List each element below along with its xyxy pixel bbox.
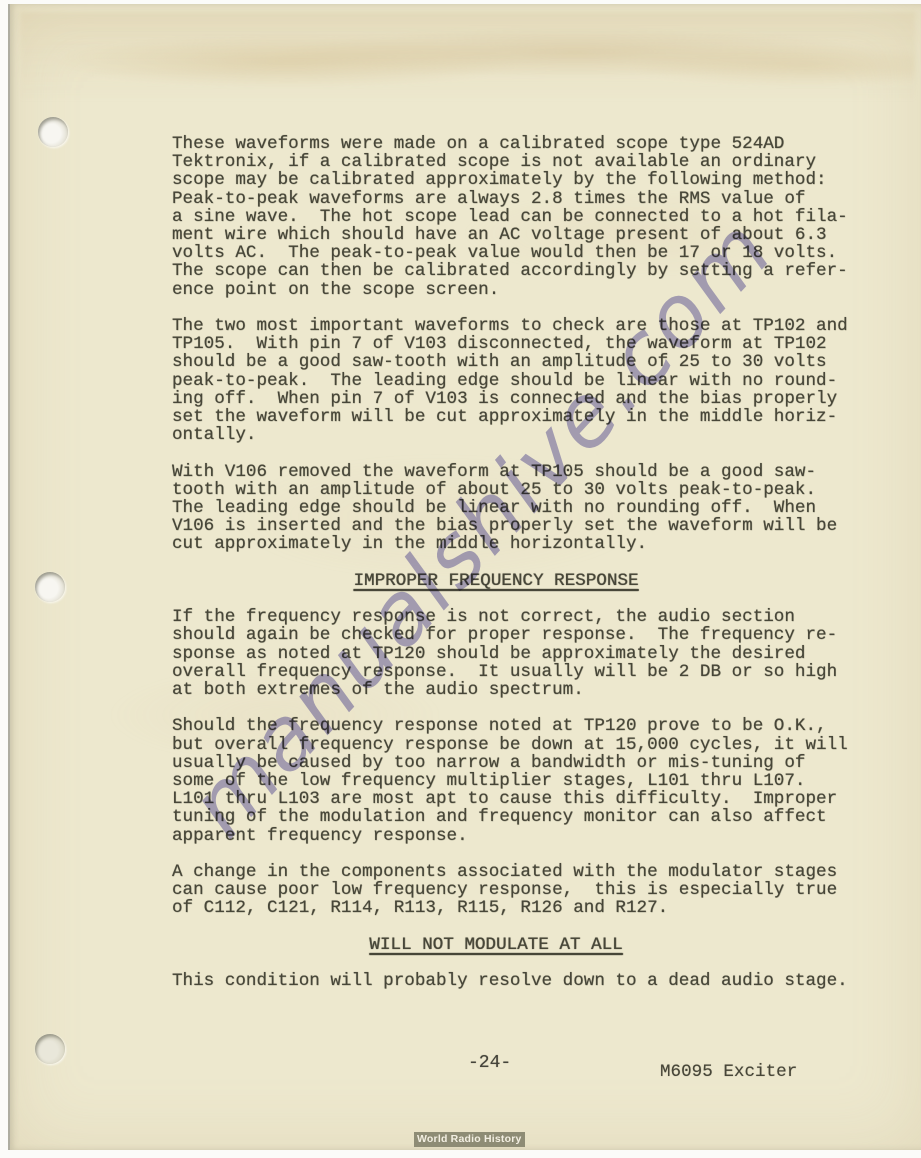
document-reference: M6095 Exciter <box>660 1062 797 1082</box>
paragraph-dead-audio-stage: This condition will probably resolve dow… <box>172 972 878 990</box>
paragraph-modulator-components: A change in the components associated wi… <box>172 863 878 918</box>
section-heading-will-not-modulate: WILL NOT MODULATE AT ALL <box>172 936 820 954</box>
world-radio-history-badge: World Radio History <box>414 1132 525 1147</box>
scanned-manual-page: These waveforms were made on a calibrate… <box>8 4 921 1150</box>
paper-stain-top <box>20 12 915 102</box>
paragraph-scope-calibration: These waveforms were made on a calibrate… <box>172 135 878 299</box>
paragraph-tp120-response: Should the frequency response noted at T… <box>172 717 878 844</box>
paragraph-tp102-tp105-waveforms: The two most important waveforms to chec… <box>172 317 878 444</box>
section-heading-improper-frequency-response: IMPROPER FREQUENCY RESPONSE <box>172 572 820 590</box>
paragraph-v106-waveform: With V106 removed the waveform at TP105 … <box>172 463 878 554</box>
page-body-text: These waveforms were made on a calibrate… <box>172 135 878 1009</box>
paragraph-frequency-response-check: If the frequency response is not correct… <box>172 608 878 699</box>
page-number: -24- <box>468 1053 511 1073</box>
punch-hole-top <box>38 117 68 147</box>
punch-hole-bottom <box>35 1034 65 1064</box>
punch-hole-middle <box>35 572 65 602</box>
